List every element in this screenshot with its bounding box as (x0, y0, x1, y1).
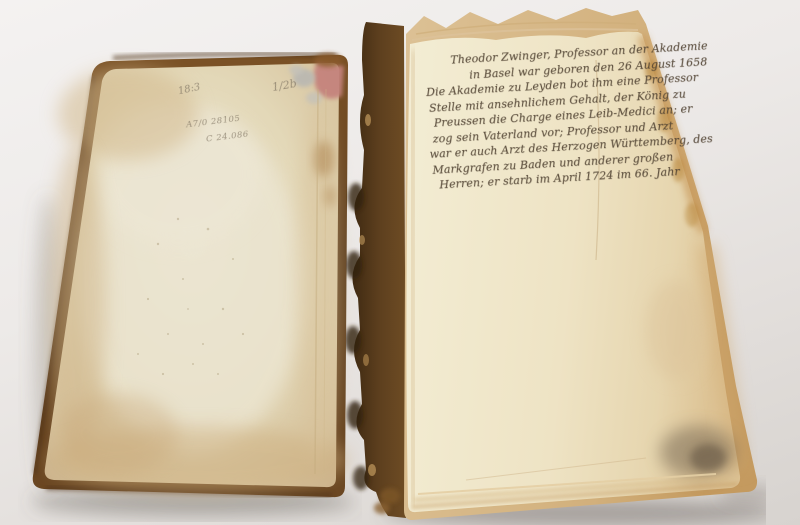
left-book-board (18, 44, 362, 522)
photograph: 18:3 1/2b A7/0 28105 C 24.086 (0, 0, 800, 525)
manuscript-note: Theodor Zwinger, Professor an der Akadem… (424, 37, 727, 193)
right-book-spine (346, 22, 406, 518)
